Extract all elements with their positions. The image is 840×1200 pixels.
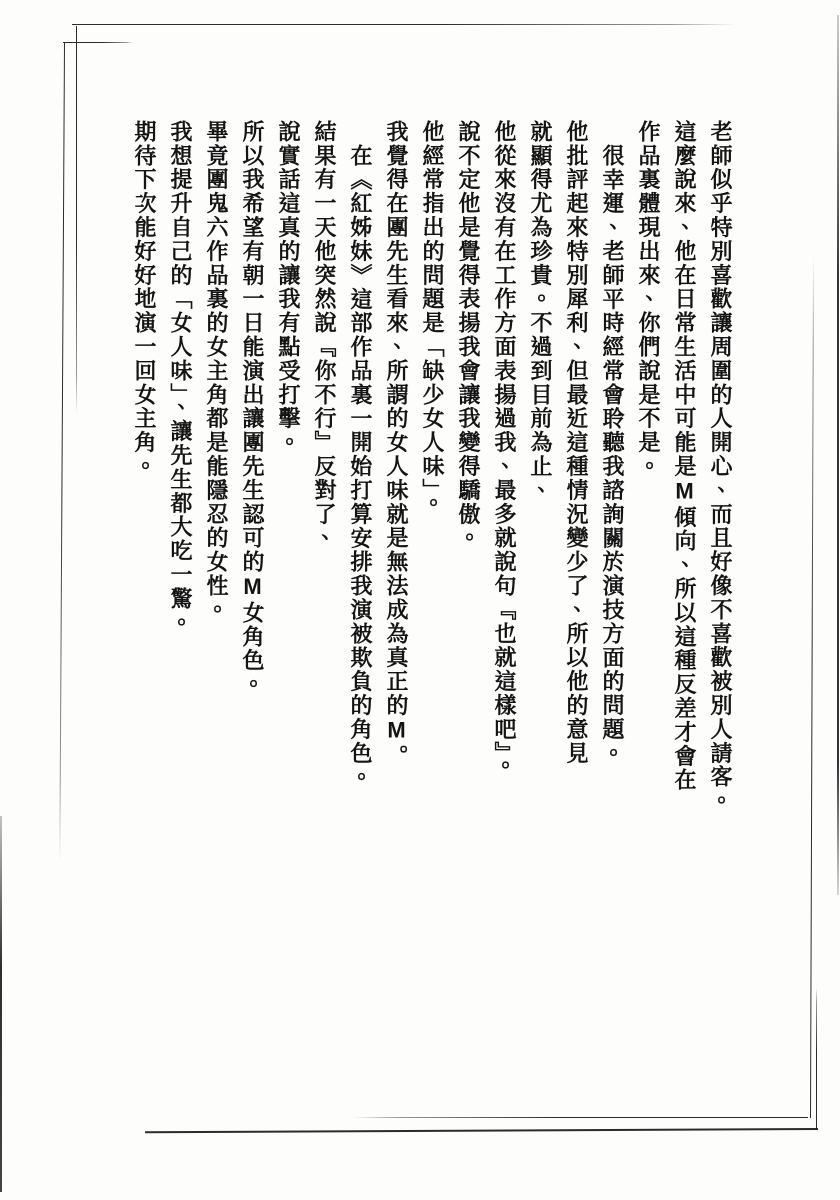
text-column: 這麼說來、他在日常生活中可能是M傾向、所以這種反差才會在 [666,120,702,880]
text-column: 期待下次能好好地演一回女主角。 [126,120,162,880]
text-column: 說實話這真的讓我有點受打擊。 [270,120,306,880]
text-column: 作品裏體現出來、你們說是不是。 [630,120,666,880]
scan-edge-shadow-right [837,15,839,895]
text-column: 所以我希望有朝一日能演出讓團先生認可的M女角色。 [234,120,270,880]
text-column: 畢竟團鬼六作品裏的女主角都是能隱忍的女性。 [198,120,234,880]
scan-edge-shadow-left [0,816,2,1192]
text-column: 我覺得在團先生看來、所謂的女人味就是無法成為真正的M。 [378,120,414,880]
page-edge-line-bottom-back [145,1128,818,1133]
page-edge-line-right-back [816,988,817,1130]
text-column: 老師似乎特別喜歡讓周圍的人開心、而且好像不喜歡被別人請客。 [702,120,738,880]
text-column: 很幸運、老師平時經常會聆聽我諮詢關於演技方面的問題。 [594,120,630,880]
text-column: 說不定他是覺得表揚我會讓我變得驕傲。 [450,120,486,880]
page-edge-line-right-front [810,257,814,1118]
page-edge-line-left-front [76,26,77,414]
text-column: 就顯得尤為珍貴。不過到目前為止、 [522,120,558,880]
page-edge-line-left-back [59,43,65,863]
text-column: 他批評起來特別犀利、但最近這種情況變少了、所以他的意見 [558,120,594,880]
text-column: 他從來沒有在工作方面表揚過我、最多就說句『也就這樣吧』。 [486,120,522,880]
text-column: 我想提升自己的「女人味」、讓先生都大吃一驚。 [162,120,198,880]
page-edge-line-top-back [63,42,133,43]
page-edge-line-top-front [72,24,737,25]
text-column: 他經常指出的問題是「缺少女人味」。 [414,120,450,880]
page-edge-line-bottom-front [352,1117,808,1118]
scanned-book-page: 老師似乎特別喜歡讓周圍的人開心、而且好像不喜歡被別人請客。這麼說來、他在日常生活… [0,0,840,1200]
vertical-text-block: 老師似乎特別喜歡讓周圍的人開心、而且好像不喜歡被別人請客。這麼說來、他在日常生活… [126,120,738,880]
text-column: 結果有一天他突然說『你不行』反對了、 [306,120,342,880]
text-column: 在《紅姊妹》這部作品裏一開始打算安排我演被欺負的角色。 [342,120,378,880]
